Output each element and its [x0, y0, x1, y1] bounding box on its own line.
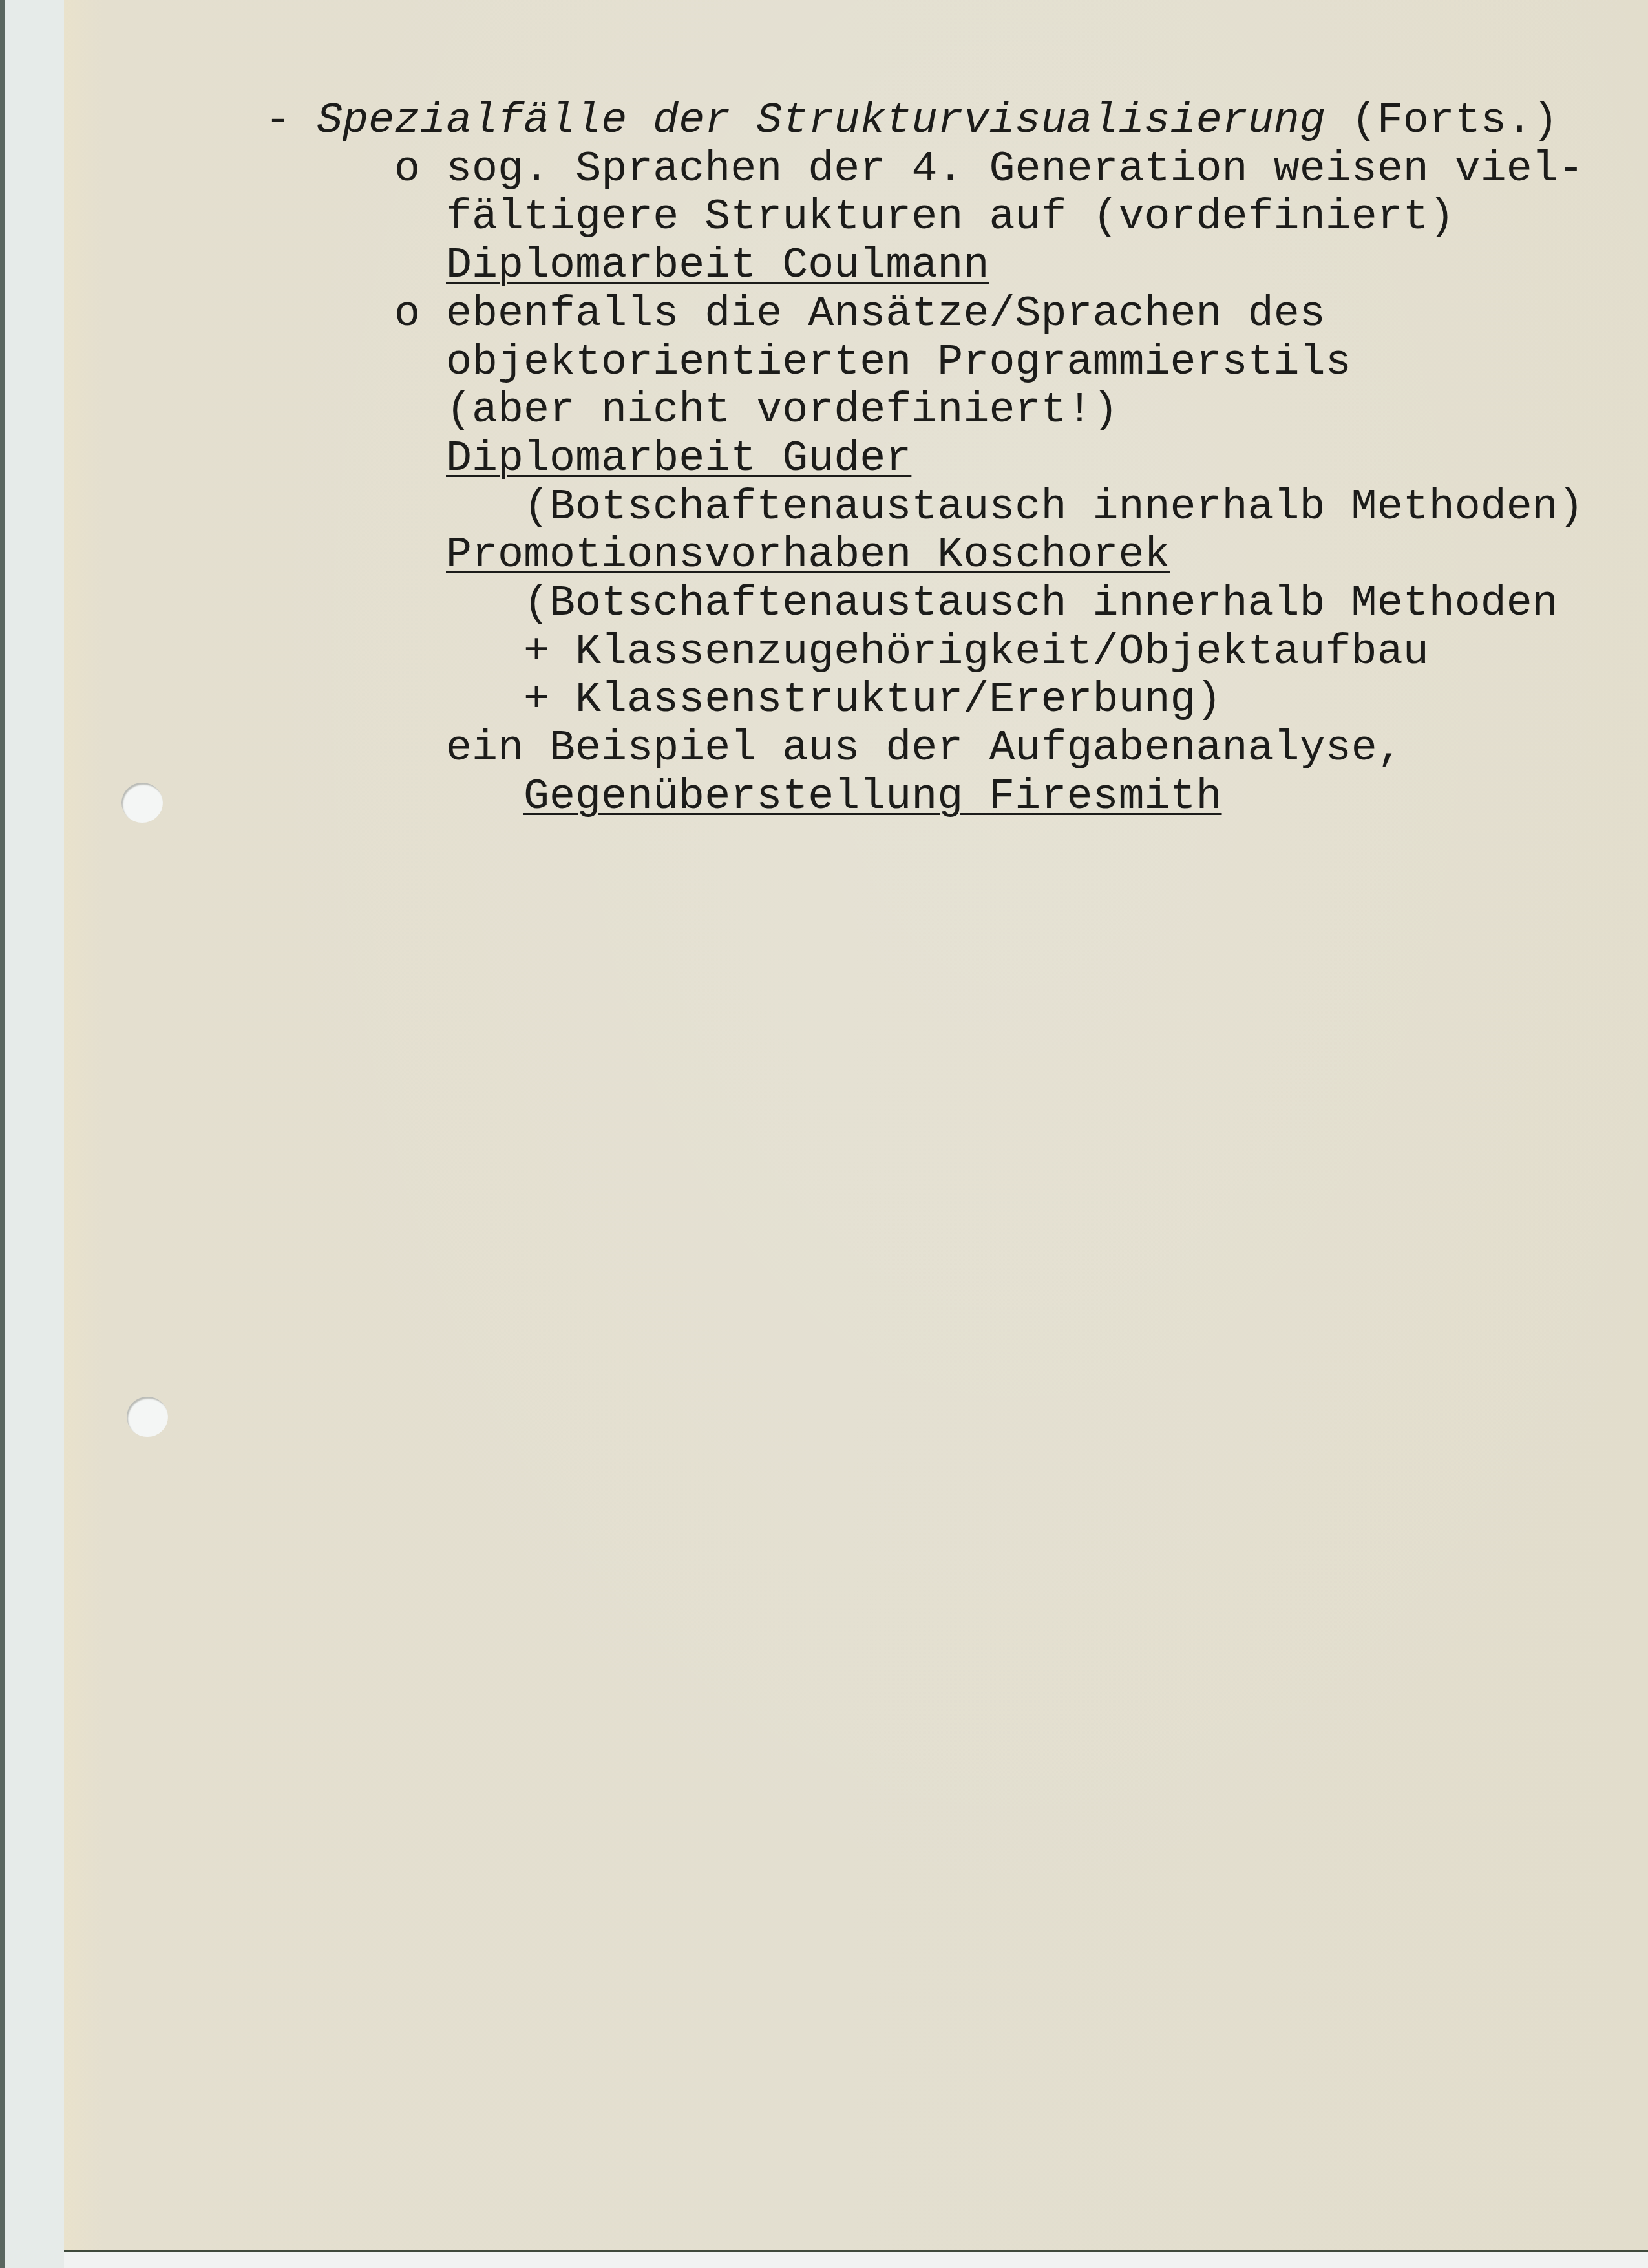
bullet-line: o ebenfalls die Ansätze/Sprachen des — [394, 290, 1326, 339]
line-text: (Botschaftenaustausch innerhalb Methoden — [523, 579, 1558, 628]
reference-line: Diplomarbeit Coulmann — [446, 242, 989, 290]
scanner-edge — [0, 0, 5, 2268]
punch-hole-icon — [121, 783, 163, 823]
italic-heading-text: Spezialfälle der Strukturvisualisierung — [317, 96, 1326, 145]
line-text: o sog. Sprachen der 4. Generation weisen… — [394, 145, 1584, 194]
line-text: + Klassenstruktur/Ererbung) — [523, 675, 1222, 725]
line-text: o ebenfalls die Ansätze/Sprachen des — [394, 290, 1326, 339]
line-text: + Klassenzugehörigkeit/Objektaufbau — [523, 628, 1429, 677]
line-text: - — [265, 96, 317, 145]
text-line: fältigere Strukturen auf (vordefiniert) — [446, 193, 1455, 242]
scanner-background-bottom — [64, 2252, 1648, 2268]
text-line: ein Beispiel aus der Aufgabenanalyse, — [446, 725, 1403, 773]
line-text: ein Beispiel aus der Aufgabenanalyse, — [446, 724, 1403, 773]
text-line: objektorientierten Programmierstils — [446, 339, 1351, 387]
annotation-line: (Botschaftenaustausch innerhalb Methoden — [523, 580, 1558, 628]
underlined-reference: Diplomarbeit Guder — [446, 434, 911, 483]
scanner-background-strip — [5, 0, 64, 2268]
line-text: objektorientierten Programmierstils — [446, 338, 1351, 387]
heading-line: - Spezialfälle der Strukturvisualisierun… — [265, 97, 1558, 145]
line-text: (aber nicht vordefiniert!) — [446, 386, 1119, 435]
annotation-line: + Klassenzugehörigkeit/Objektaufbau — [523, 628, 1429, 677]
annotation-line: + Klassenstruktur/Ererbung) — [523, 676, 1222, 725]
annotation-line: (Botschaftenaustausch innerhalb Methoden… — [523, 483, 1584, 532]
punch-hole-icon — [127, 1397, 168, 1437]
bullet-line: o sog. Sprachen der 4. Generation weisen… — [394, 145, 1584, 194]
reference-line: Diplomarbeit Guder — [446, 435, 911, 483]
line-text: fältigere Strukturen auf (vordefiniert) — [446, 193, 1455, 242]
line-text: (Forts.) — [1326, 96, 1558, 145]
reference-line: Promotionsvorhaben Koschorek — [446, 531, 1170, 580]
underlined-reference: Promotionsvorhaben Koschorek — [446, 531, 1170, 580]
line-text: (Botschaftenaustausch innerhalb Methoden… — [523, 483, 1584, 532]
underlined-reference: Gegenüberstellung Firesmith — [523, 772, 1222, 821]
text-line: (aber nicht vordefiniert!) — [446, 387, 1119, 435]
underlined-reference: Diplomarbeit Coulmann — [446, 241, 989, 290]
reference-line: Gegenüberstellung Firesmith — [523, 773, 1222, 821]
